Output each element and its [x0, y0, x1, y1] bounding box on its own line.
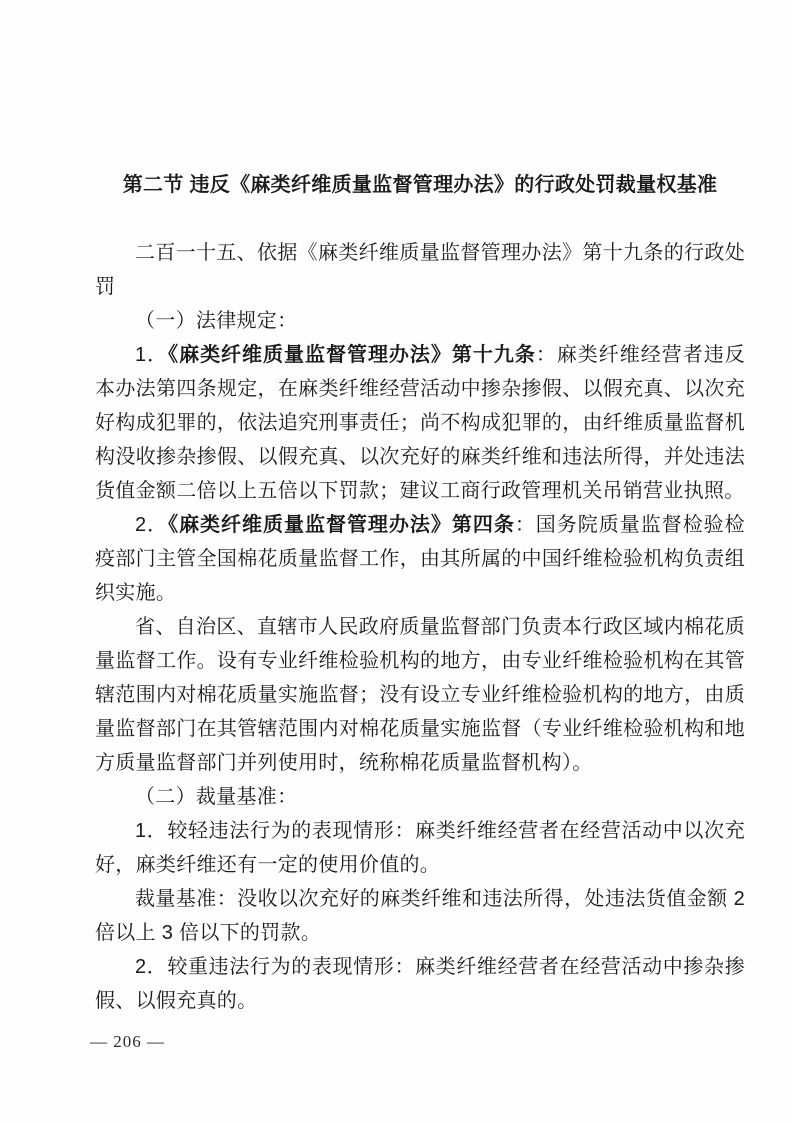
page-number: — 206 —: [90, 1032, 165, 1051]
paragraph: 1．《麻类纤维质量监督管理办法》第十九条：麻类纤维经营者违反本办法第四条规定，在…: [95, 338, 745, 508]
document-page: 第二节 违反《麻类纤维质量监督管理办法》的行政处罚裁量权基准 二百一十五、依据《…: [0, 0, 793, 1122]
text-segment: 裁量基准：没收以次充好的麻类纤维和违法所得，处违法货值金额 2 倍以上 3 倍以…: [95, 888, 745, 944]
paragraph: 二百一十五、依据《麻类纤维质量监督管理办法》第十九条的行政处罚: [95, 236, 745, 304]
paragraph: 裁量基准：没收以次充好的麻类纤维和违法所得，处违法货值金额 2 倍以上 3 倍以…: [95, 882, 745, 950]
text-segment: 省、自治区、直辖市人民政府质量监督部门负责本行政区域内棉花质量监督工作。设有专业…: [95, 616, 745, 774]
text-segment: 2．: [135, 514, 168, 536]
law-reference-bold: 《麻类纤维质量监督管理办法》第四条: [168, 514, 515, 536]
paragraph: （一）法律规定：: [95, 304, 745, 338]
paragraph: 省、自治区、直辖市人民政府质量监督部门负责本行政区域内棉花质量监督工作。设有专业…: [95, 610, 745, 780]
page-footer: — 206 —: [90, 1032, 165, 1052]
paragraph: （二）裁量基准：: [95, 780, 745, 814]
text-segment: （二）裁量基准：: [135, 786, 297, 808]
text-segment: 2．较重违法行为的表现情形：麻类纤维经营者在经营活动中掺杂掺假、以假充真的。: [95, 956, 745, 1012]
paragraph: 2．《麻类纤维质量监督管理办法》第四条：国务院质量监督检验检疫部门主管全国棉花质…: [95, 508, 745, 610]
text-segment: 1．: [135, 344, 168, 366]
paragraph: 1．较轻违法行为的表现情形：麻类纤维经营者在经营活动中以次充好，麻类纤维还有一定…: [95, 814, 745, 882]
text-segment: 1．较轻违法行为的表现情形：麻类纤维经营者在经营活动中以次充好，麻类纤维还有一定…: [95, 820, 745, 876]
text-segment: ：麻类纤维经营者违反本办法第四条规定，在麻类纤维经营活动中掺杂掺假、以假充真、以…: [95, 344, 745, 502]
text-segment: 二百一十五、依据《麻类纤维质量监督管理办法》第十九条的行政处罚: [95, 242, 745, 298]
section-title: 第二节 违反《麻类纤维质量监督管理办法》的行政处罚裁量权基准: [95, 168, 745, 202]
document-body: 二百一十五、依据《麻类纤维质量监督管理办法》第十九条的行政处罚（一）法律规定：1…: [95, 236, 745, 1018]
law-reference-bold: 《麻类纤维质量监督管理办法》第十九条: [168, 344, 536, 366]
paragraph: 2．较重违法行为的表现情形：麻类纤维经营者在经营活动中掺杂掺假、以假充真的。: [95, 950, 745, 1018]
text-segment: （一）法律规定：: [135, 310, 297, 332]
